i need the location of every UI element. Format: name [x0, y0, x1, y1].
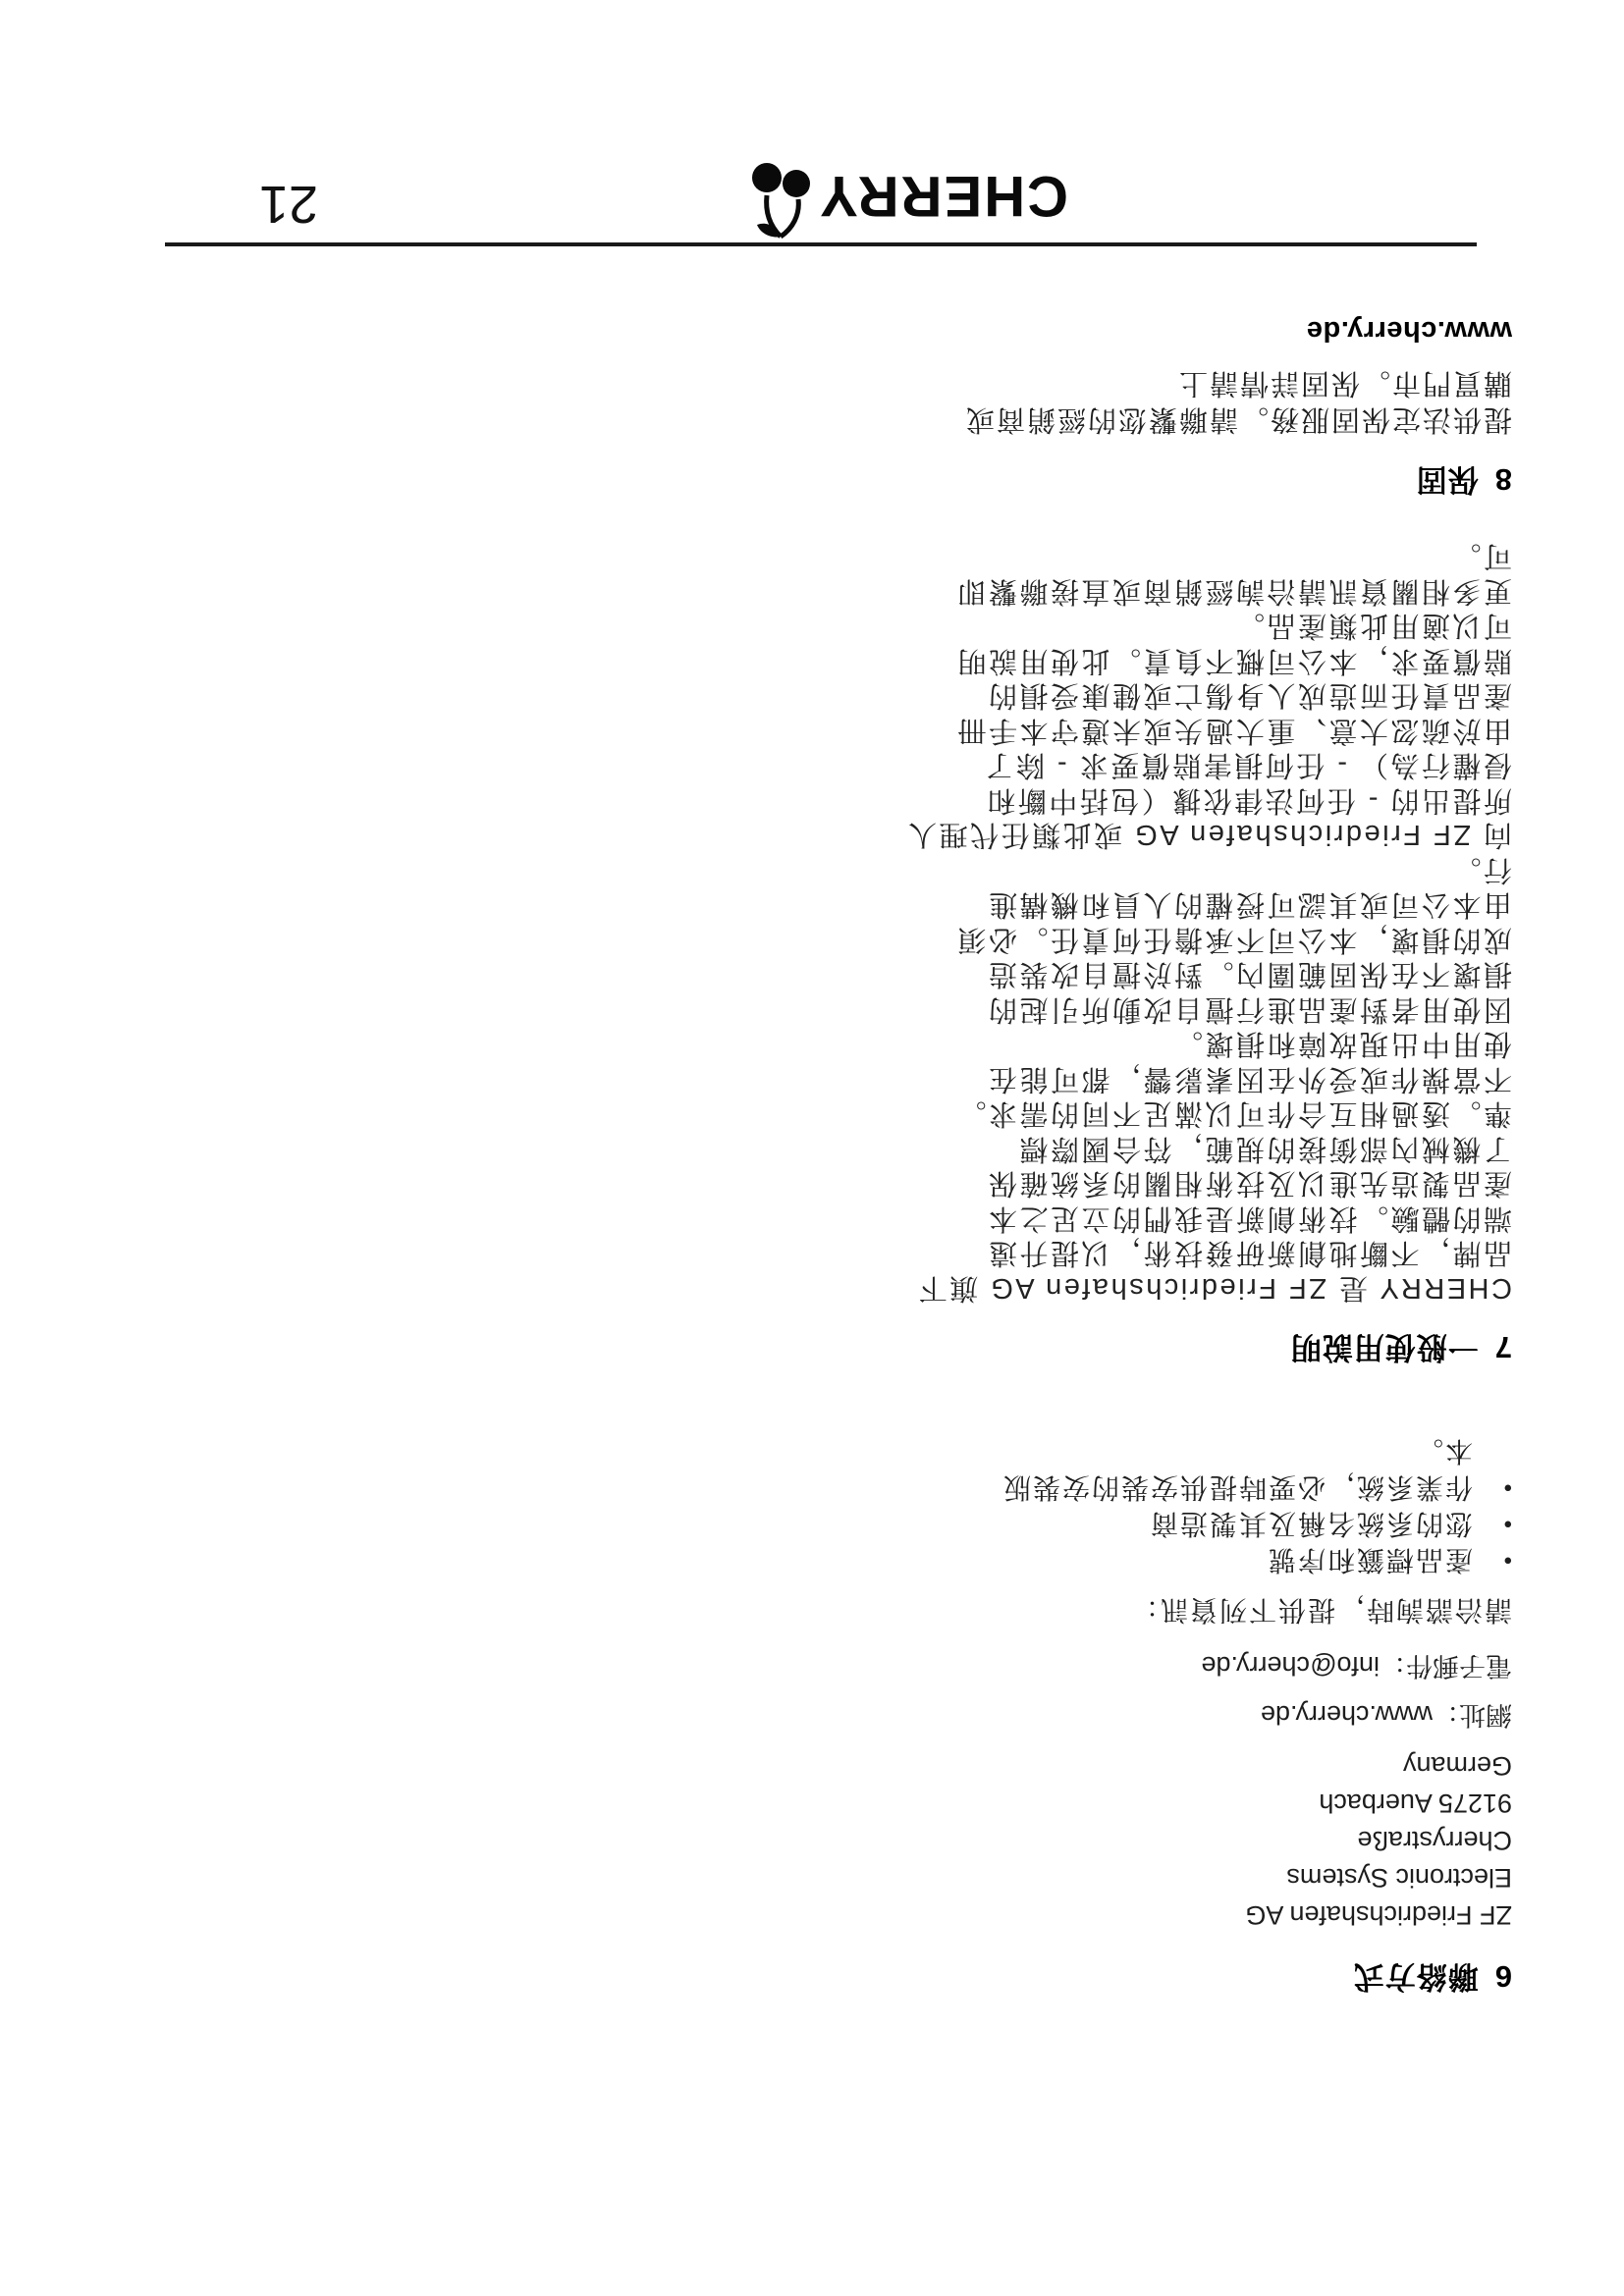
general-usage-paragraph: CHERRY 是 ZF Friedrichshafen AG 旗下品牌，不斷地創…	[903, 538, 1512, 1305]
text-line: 產品製造先進以及技術相關的系統確保	[903, 1165, 1512, 1201]
text-line: Germany	[903, 1747, 1512, 1785]
section-8-number: 8	[1494, 462, 1512, 497]
section-7-heading: 7一般使用說明	[903, 1328, 1512, 1372]
text-line: 可以適用此類產品。	[903, 608, 1512, 643]
section-8-heading: 8保固	[903, 460, 1512, 505]
text-line: 端的體驗。技術創新是我們的立足之本	[903, 1201, 1512, 1236]
text-line: 本。	[1001, 1433, 1473, 1469]
text-line: 不當操作或受外在因素影響，都可能在	[903, 1061, 1512, 1096]
section-7-title: 一般使用說明	[1290, 1330, 1479, 1364]
text-line: Cherrystraße	[903, 1822, 1512, 1859]
text-line: 了機械內部銜接的規範，符合國際標	[903, 1131, 1512, 1166]
support-info-intro: 請洽諮詢時，提供下列資訊：	[903, 1592, 1512, 1631]
text-line: 因使用者對產品進行擅自改動所引起的	[903, 991, 1512, 1027]
text-line: 所提出的 - 任何法律依據（包括中斷和	[903, 782, 1512, 818]
text-line: 作業系統，必要時提供安裝的安裝版	[1001, 1469, 1473, 1506]
text-line: 品牌，不斷地創新研發技術，以提升遠	[903, 1235, 1512, 1270]
contact-links-block: 網址：www.cherry.de 電子郵件：info@cherry.de	[903, 1647, 1512, 1734]
bullet-icon: •	[1473, 1433, 1512, 1506]
text-line: ZF Friedrichshafen AG	[903, 1896, 1512, 1934]
text-line: 向 ZF Friedrichshafen AG 或此類任代理人	[903, 817, 1512, 852]
text-line: CHERRY 是 ZF Friedrichshafen AG 旗下	[903, 1270, 1512, 1306]
cherry-logo-wordmark: CHERRY	[818, 164, 1068, 230]
text-line: 由於疏忽大意、重大過失或未遵守本手冊	[903, 713, 1512, 748]
text-line: 侵權行為） - 任何損害賠償要求 - 除了	[903, 747, 1512, 782]
section-6-heading: 6聯絡方式	[903, 1957, 1512, 2002]
list-item-text: 產品標籤和序號	[1267, 1542, 1473, 1578]
footer-divider	[165, 242, 1477, 246]
text-line: 由本公司或其認可授權的人員和機構進	[903, 886, 1512, 922]
page-number: 21	[259, 174, 318, 235]
email-line: 電子郵件：info@cherry.de	[903, 1647, 1512, 1684]
text-line: 準。透過相互合作可以滿足不同的需求。	[903, 1095, 1512, 1131]
text-line: 產品責任而造成人身傷亡或健康受損的	[903, 677, 1512, 713]
section-6-title: 聯絡方式	[1353, 1959, 1479, 1994]
cherry-icon	[749, 154, 810, 239]
warranty-website-link: www.cherry.de	[903, 314, 1512, 347]
list-item-text: 作業系統，必要時提供安裝的安裝版本。	[1001, 1433, 1473, 1506]
support-info-list: • 產品標籤和序號 • 您的系統名稱及其製造商 • 作業系統，必要時提供安裝的安…	[903, 1433, 1512, 1578]
text-line: 更多相關資訊請洽詢經銷商或直接聯繫即	[903, 573, 1512, 609]
text-line: 使用中出現故障和損壞。	[903, 1026, 1512, 1061]
manual-page-rotated-180: 6聯絡方式 ZF Friedrichshafen AGElectronic Sy…	[0, 0, 1624, 2296]
warranty-text: 提供法定保固服務。請聯繫您的經銷商或購買門市。保固詳情請上	[903, 364, 1512, 437]
section-7-number: 7	[1494, 1330, 1512, 1364]
text-line: 損壞不在保固範圍內。對於擅自改裝造	[903, 956, 1512, 991]
list-item-text: 您的系統名稱及其製造商	[1149, 1506, 1473, 1542]
text-line: 購買門市。保固詳情請上	[903, 364, 1512, 400]
bullet-icon: •	[1473, 1542, 1512, 1578]
text-line: 行。	[903, 852, 1512, 887]
text-line: 可。	[903, 538, 1512, 573]
list-item: • 產品標籤和序號	[903, 1542, 1512, 1578]
text-line: 賠償要求，本公司概不負責。此使用說明	[903, 643, 1512, 678]
text-line: 您的系統名稱及其製造商	[1149, 1506, 1473, 1542]
list-item: • 作業系統，必要時提供安裝的安裝版本。	[903, 1433, 1512, 1506]
text-line: 產品標籤和序號	[1267, 1542, 1473, 1578]
list-item: • 您的系統名稱及其製造商	[903, 1506, 1512, 1542]
text-line: 成的損壞，本公司不承擔任何責任。必須	[903, 922, 1512, 957]
section-6-number: 6	[1494, 1959, 1512, 1994]
content-column: 6聯絡方式 ZF Friedrichshafen AGElectronic Sy…	[903, 314, 1512, 2002]
text-line: 91275 Auerbach	[903, 1785, 1512, 1822]
section-8-title: 保固	[1416, 462, 1479, 497]
bullet-icon: •	[1473, 1506, 1512, 1542]
text-line: 提供法定保固服務。請聯繫您的經銷商或	[903, 400, 1512, 437]
contact-address-block: ZF Friedrichshafen AGElectronic SystemsC…	[903, 1747, 1512, 1934]
website-line: 網址：www.cherry.de	[903, 1696, 1512, 1734]
text-line: Electronic Systems	[903, 1859, 1512, 1896]
cherry-logo: CHERRY	[749, 154, 1068, 239]
